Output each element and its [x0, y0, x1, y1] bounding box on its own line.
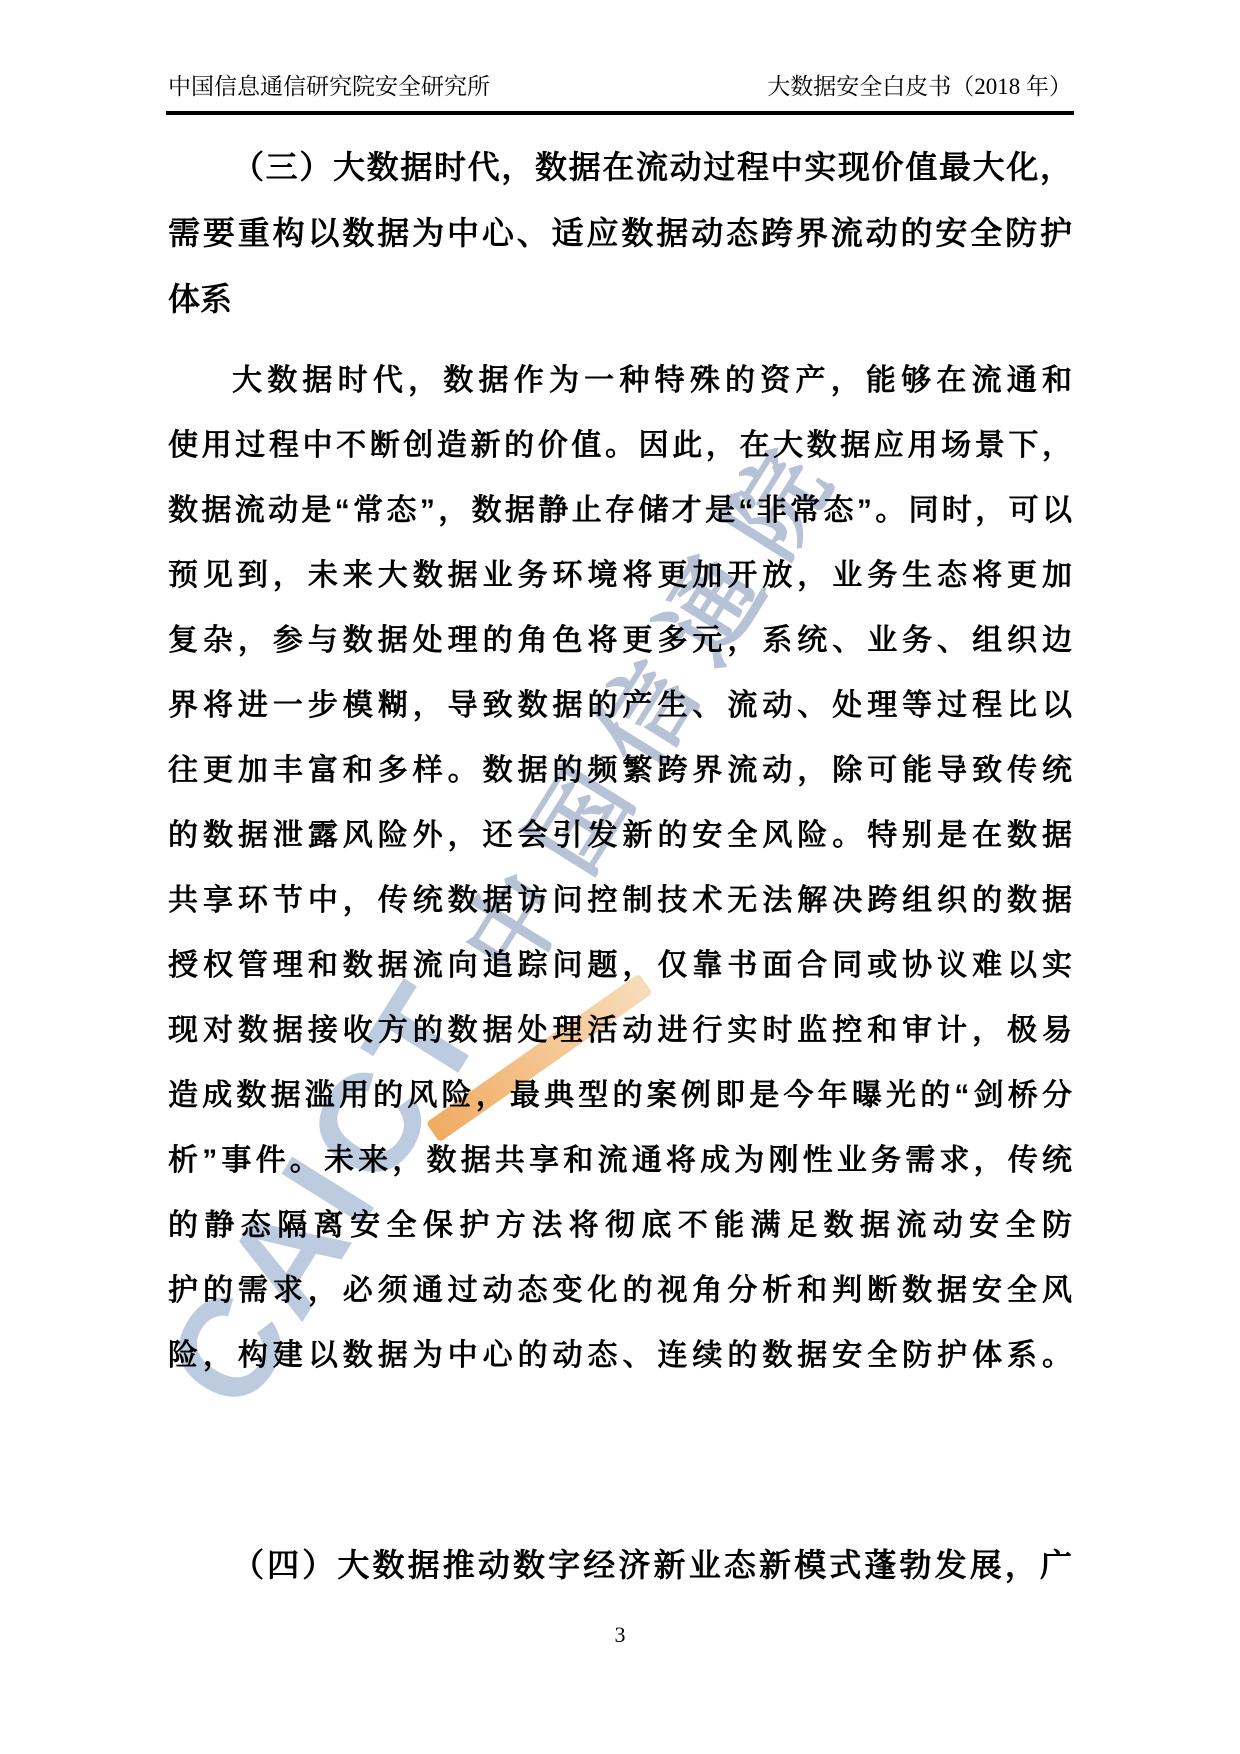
body-line: 造成数据滥用的风险，最典型的案例即是今年曝光的“剑桥分 — [168, 1063, 1072, 1128]
body-paragraph: 大数据时代，数据作为一种特殊的资产，能够在流通和 使用过程中不断创造新的价值。因… — [168, 348, 1072, 1388]
section-heading-three: （三）大数据时代，数据在流动过程中实现价值最大化， 需要重构以数据为中心、适应数… — [168, 134, 1072, 332]
body-line: 往更加丰富和多样。数据的频繁跨界流动，除可能导致传统 — [168, 738, 1072, 803]
page-number: 3 — [0, 1622, 1240, 1648]
page-header: 中国信息通信研究院安全研究所 大数据安全白皮书（2018 年） — [168, 72, 1072, 102]
section-heading-four: （四）大数据推动数字经济新业态新模式蓬勃发展，广 — [168, 1532, 1072, 1598]
body-line: 险，构建以数据为中心的动态、连续的数据安全防护体系。 — [168, 1323, 1072, 1388]
heading-line: （三）大数据时代，数据在流动过程中实现价值最大化， — [168, 134, 1072, 200]
body-line: 大数据时代，数据作为一种特殊的资产，能够在流通和 — [168, 348, 1072, 413]
body-line: 复杂，参与数据处理的角色将更多元，系统、业务、组织边 — [168, 608, 1072, 673]
body-line: 界将进一步模糊，导致数据的产生、流动、处理等过程比以 — [168, 673, 1072, 738]
body-line: 共享环节中，传统数据访问控制技术无法解决跨组织的数据 — [168, 868, 1072, 933]
header-left-text: 中国信息通信研究院安全研究所 — [168, 72, 490, 102]
body-line: 授权管理和数据流向追踪问题，仅靠书面合同或协议难以实 — [168, 933, 1072, 998]
heading-line: 体系 — [168, 266, 1072, 332]
body-line: 的数据泄露风险外，还会引发新的安全风险。特别是在数据 — [168, 803, 1072, 868]
header-rule — [166, 111, 1074, 115]
document-page: 中国信息通信研究院安全研究所 大数据安全白皮书（2018 年） CAICT 中国… — [0, 0, 1240, 1754]
body-line: 护的需求，必须通过动态变化的视角分析和判断数据安全风 — [168, 1258, 1072, 1323]
body-line: 预见到，未来大数据业务环境将更加开放，业务生态将更加 — [168, 543, 1072, 608]
body-line: 现对数据接收方的数据处理活动进行实时监控和审计，极易 — [168, 998, 1072, 1063]
header-right-text: 大数据安全白皮书（2018 年） — [767, 72, 1072, 102]
body-line: 析”事件。未来，数据共享和流通将成为刚性业务需求，传统 — [168, 1128, 1072, 1193]
body-line: 使用过程中不断创造新的价值。因此，在大数据应用场景下， — [168, 413, 1072, 478]
heading-line: 需要重构以数据为中心、适应数据动态跨界流动的安全防护 — [168, 200, 1072, 266]
body-line: 的静态隔离安全保护方法将彻底不能满足数据流动安全防 — [168, 1193, 1072, 1258]
heading-line: （四）大数据推动数字经济新业态新模式蓬勃发展，广 — [168, 1532, 1072, 1598]
body-line: 数据流动是“常态”，数据静止存储才是“非常态”。同时，可以 — [168, 478, 1072, 543]
